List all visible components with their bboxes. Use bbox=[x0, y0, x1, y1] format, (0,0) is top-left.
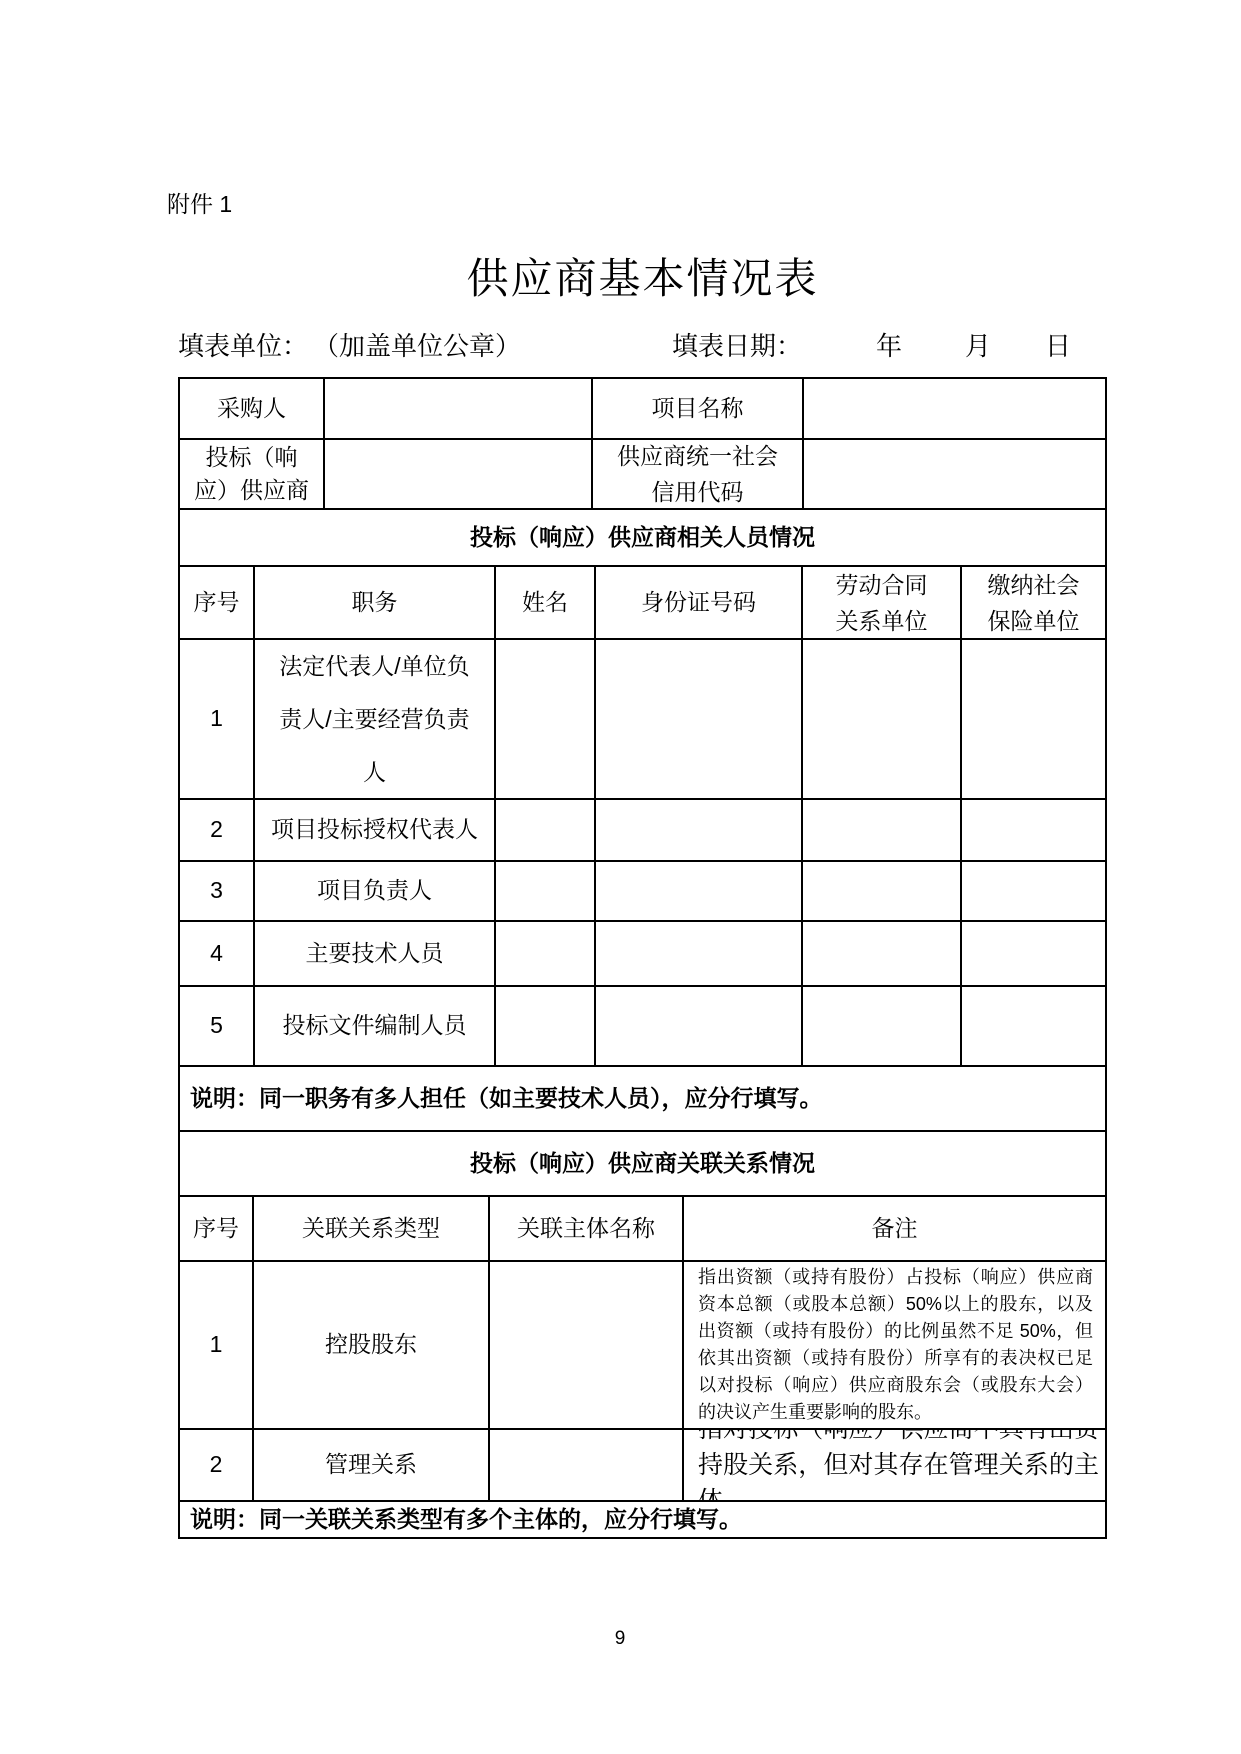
month-label: 月 bbox=[965, 326, 991, 363]
header-labor-unit: 劳动合同 关系单位 bbox=[803, 567, 960, 638]
row-no: 2 bbox=[180, 813, 253, 846]
row-remark: 指对投标（响应）供应商不具有出资持股关系，但对其存在管理关系的主体。 bbox=[684, 1430, 1105, 1500]
relations-note: 说明：同一关联关系类型有多个主体的，应分行填写。 bbox=[180, 1503, 1105, 1536]
row-name-cell bbox=[496, 922, 596, 985]
row-relation-type: 控股股东 bbox=[254, 1328, 488, 1361]
header-remark-cell: 备注 bbox=[684, 1197, 1105, 1260]
relations-section-title-cell: 投标（响应）供应商关联关系情况 bbox=[180, 1132, 1105, 1195]
row-no-cell: 4 bbox=[180, 922, 255, 985]
day-label: 日 bbox=[1045, 326, 1071, 363]
row-no-cell: 2 bbox=[180, 1430, 254, 1500]
personnel-row-5: 5 投标文件编制人员 bbox=[180, 987, 1105, 1067]
row-no: 1 bbox=[180, 1328, 252, 1361]
row-relation-type: 管理关系 bbox=[254, 1448, 488, 1481]
credit-code-label: 供应商统一社会 信用代码 bbox=[593, 440, 802, 508]
project-name-label-cell: 项目名称 bbox=[593, 379, 804, 438]
row-id-number-cell bbox=[596, 987, 803, 1065]
document-page: 附件 1 供应商基本情况表 填表单位： （加盖单位公章） 填表日期： 年 月 日… bbox=[0, 0, 1241, 1754]
row-labor-unit-cell bbox=[803, 800, 962, 860]
header-no: 序号 bbox=[180, 586, 253, 619]
supplier-label: 投标（响 应）供应商 bbox=[180, 441, 323, 508]
row-no-cell: 3 bbox=[180, 862, 255, 920]
personnel-row-1: 1 法定代表人/单位负 责人/主要经营负责 人 bbox=[180, 640, 1105, 800]
row-position-cell: 项目负责人 bbox=[255, 862, 496, 920]
header-position: 职务 bbox=[255, 586, 494, 619]
project-name-label: 项目名称 bbox=[593, 392, 802, 425]
personnel-note-cell: 说明：同一职务有多人担任（如主要技术人员），应分行填写。 bbox=[180, 1067, 1105, 1130]
row-no-cell: 5 bbox=[180, 987, 255, 1065]
row-relation-type-cell: 控股股东 bbox=[254, 1262, 490, 1428]
personnel-section-title-cell: 投标（响应）供应商相关人员情况 bbox=[180, 510, 1105, 565]
personnel-note-row: 说明：同一职务有多人担任（如主要技术人员），应分行填写。 bbox=[180, 1067, 1105, 1132]
relations-section-title: 投标（响应）供应商关联关系情况 bbox=[180, 1147, 1105, 1180]
header-remark: 备注 bbox=[684, 1212, 1105, 1245]
row-name-cell bbox=[496, 800, 596, 860]
row-id-number-cell bbox=[596, 640, 803, 798]
project-name-value-cell bbox=[804, 379, 1105, 438]
table-row-supplier: 投标（响 应）供应商 供应商统一社会 信用代码 bbox=[180, 440, 1105, 510]
row-name-cell bbox=[496, 640, 596, 798]
relations-section-row: 投标（响应）供应商关联关系情况 bbox=[180, 1132, 1105, 1197]
relations-row-1: 1 控股股东 指出资额（或持有股份）占投标（响应）供应商资本总额（或股本总额）5… bbox=[180, 1262, 1105, 1430]
row-no-cell: 1 bbox=[180, 640, 255, 798]
row-social-unit-cell bbox=[962, 640, 1105, 798]
supplier-label-cell: 投标（响 应）供应商 bbox=[180, 440, 325, 508]
relations-row-2: 2 管理关系 指对投标（响应）供应商不具有出资持股关系，但对其存在管理关系的主体… bbox=[180, 1430, 1105, 1502]
row-position: 法定代表人/单位负 责人/主要经营负责 人 bbox=[255, 640, 494, 798]
row-no-cell: 1 bbox=[180, 1262, 254, 1428]
row-position-cell: 项目投标授权代表人 bbox=[255, 800, 496, 860]
attachment-label: 附件 1 bbox=[167, 186, 232, 219]
row-no: 2 bbox=[180, 1448, 252, 1481]
row-labor-unit-cell bbox=[803, 640, 962, 798]
personnel-row-4: 4 主要技术人员 bbox=[180, 922, 1105, 987]
header-labor-unit-cell: 劳动合同 关系单位 bbox=[803, 567, 962, 638]
personnel-section-row: 投标（响应）供应商相关人员情况 bbox=[180, 510, 1105, 567]
personnel-row-3: 3 项目负责人 bbox=[180, 862, 1105, 922]
header-social-unit-cell: 缴纳社会 保险单位 bbox=[962, 567, 1105, 638]
header-no: 序号 bbox=[180, 1212, 252, 1245]
row-id-number-cell bbox=[596, 862, 803, 920]
credit-code-value-cell bbox=[804, 440, 1105, 508]
row-social-unit-cell bbox=[962, 987, 1105, 1065]
seal-note: （加盖单位公章） bbox=[313, 326, 521, 363]
relations-header-row: 序号 关联关系类型 关联主体名称 备注 bbox=[180, 1197, 1105, 1262]
form-meta-line: 填表单位： （加盖单位公章） 填表日期： 年 月 日 bbox=[0, 326, 1241, 360]
purchaser-value-cell bbox=[325, 379, 593, 438]
row-remark-cell: 指出资额（或持有股份）占投标（响应）供应商资本总额（或股本总额）50%以上的股东… bbox=[684, 1262, 1105, 1428]
relations-note-row: 说明：同一关联关系类型有多个主体的，应分行填写。 bbox=[180, 1502, 1105, 1537]
supplier-value-cell bbox=[325, 440, 593, 508]
row-subject-name-cell bbox=[490, 1262, 684, 1428]
row-no-cell: 2 bbox=[180, 800, 255, 860]
row-position-cell: 主要技术人员 bbox=[255, 922, 496, 985]
row-relation-type-cell: 管理关系 bbox=[254, 1430, 490, 1500]
credit-code-label-cell: 供应商统一社会 信用代码 bbox=[593, 440, 804, 508]
row-position: 项目投标授权代表人 bbox=[255, 813, 494, 846]
header-social-unit: 缴纳社会 保险单位 bbox=[962, 567, 1105, 638]
relations-note-cell: 说明：同一关联关系类型有多个主体的，应分行填写。 bbox=[180, 1502, 1105, 1537]
row-id-number-cell bbox=[596, 800, 803, 860]
page-number: 9 bbox=[570, 1628, 670, 1650]
header-id-number: 身份证号码 bbox=[596, 586, 801, 619]
row-social-unit-cell bbox=[962, 922, 1105, 985]
purchaser-label: 采购人 bbox=[180, 392, 323, 425]
row-position: 投标文件编制人员 bbox=[255, 1009, 494, 1042]
supplier-info-table: 采购人 项目名称 投标（响 应）供应商 供应商统一社会 信用代码 投标（响应）供… bbox=[178, 377, 1107, 1539]
table-row-purchaser: 采购人 项目名称 bbox=[180, 379, 1105, 440]
row-position-cell: 法定代表人/单位负 责人/主要经营负责 人 bbox=[255, 640, 496, 798]
row-name-cell bbox=[496, 987, 596, 1065]
row-remark-cell: 指对投标（响应）供应商不具有出资持股关系，但对其存在管理关系的主体。 bbox=[684, 1430, 1105, 1500]
row-labor-unit-cell bbox=[803, 987, 962, 1065]
personnel-note: 说明：同一职务有多人担任（如主要技术人员），应分行填写。 bbox=[180, 1082, 1105, 1115]
row-social-unit-cell bbox=[962, 862, 1105, 920]
row-no: 4 bbox=[180, 937, 253, 970]
purchaser-label-cell: 采购人 bbox=[180, 379, 325, 438]
row-position: 项目负责人 bbox=[255, 874, 494, 907]
header-name: 姓名 bbox=[496, 586, 594, 619]
row-position: 主要技术人员 bbox=[255, 937, 494, 970]
header-no-cell: 序号 bbox=[180, 1197, 254, 1260]
fill-unit-label: 填表单位： bbox=[178, 326, 308, 363]
header-subject-name: 关联主体名称 bbox=[490, 1212, 682, 1245]
row-no: 1 bbox=[180, 702, 253, 735]
personnel-row-2: 2 项目投标授权代表人 bbox=[180, 800, 1105, 862]
header-relation-type-cell: 关联关系类型 bbox=[254, 1197, 490, 1260]
header-name-cell: 姓名 bbox=[496, 567, 596, 638]
row-labor-unit-cell bbox=[803, 862, 962, 920]
row-social-unit-cell bbox=[962, 800, 1105, 860]
row-labor-unit-cell bbox=[803, 922, 962, 985]
row-position-cell: 投标文件编制人员 bbox=[255, 987, 496, 1065]
row-id-number-cell bbox=[596, 922, 803, 985]
header-relation-type: 关联关系类型 bbox=[254, 1212, 488, 1245]
header-subject-name-cell: 关联主体名称 bbox=[490, 1197, 684, 1260]
row-subject-name-cell bbox=[490, 1430, 684, 1500]
header-position-cell: 职务 bbox=[255, 567, 496, 638]
personnel-section-title: 投标（响应）供应商相关人员情况 bbox=[180, 521, 1105, 554]
personnel-header-row: 序号 职务 姓名 身份证号码 劳动合同 关系单位 缴纳社会 保险单位 bbox=[180, 567, 1105, 640]
header-no-cell: 序号 bbox=[180, 567, 255, 638]
page-title: 供应商基本情况表 bbox=[178, 246, 1107, 306]
row-no: 3 bbox=[180, 874, 253, 907]
row-name-cell bbox=[496, 862, 596, 920]
year-label: 年 bbox=[876, 326, 902, 363]
header-id-number-cell: 身份证号码 bbox=[596, 567, 803, 638]
row-remark: 指出资额（或持有股份）占投标（响应）供应商资本总额（或股本总额）50%以上的股东… bbox=[684, 1262, 1105, 1428]
row-no: 5 bbox=[180, 1009, 253, 1042]
fill-date-label: 填表日期： bbox=[672, 326, 802, 363]
